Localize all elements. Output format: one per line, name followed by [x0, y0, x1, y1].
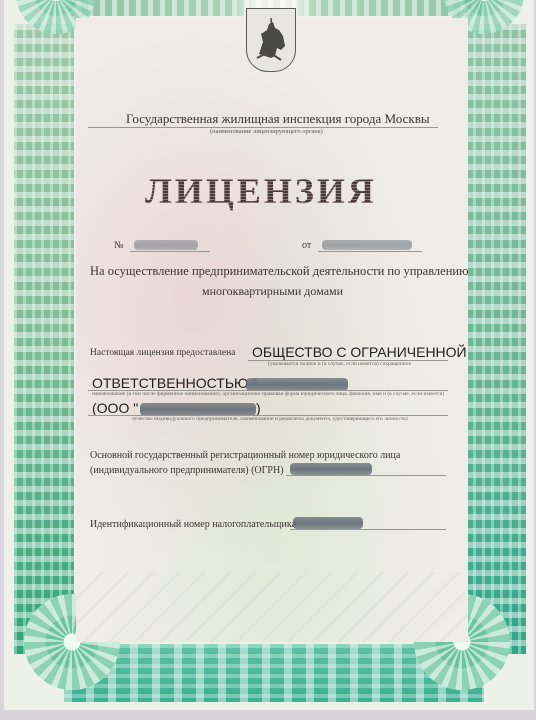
grantee-label: Настоящая лицензия предоставлена — [90, 348, 235, 358]
ogrn-label-line2: (индивидуального предпринимателя) (ОГРН) — [90, 465, 284, 476]
grantee-short-name-close: ) — [256, 400, 261, 416]
license-number-redacted — [134, 240, 198, 250]
license-number-label: № — [114, 240, 124, 251]
license-purpose-line1: На осуществление предпринимательской дея… — [90, 264, 468, 279]
inn-value-redacted — [293, 517, 363, 529]
grantee-note-1: (указывается полное и (в случае, если им… — [268, 361, 411, 367]
grantee-note-3: отчество индивидуального предпринимателя… — [132, 416, 408, 422]
ogrn-label-line1: Основной государственный регистрационный… — [90, 450, 400, 461]
guilloche-border-left — [14, 24, 74, 654]
inn-label: Идентификационный номер налогоплательщик… — [90, 519, 296, 530]
inn-underline — [290, 529, 446, 530]
issuing-authority-note: (наименование лицензирующего органа) — [210, 128, 323, 135]
grantee-name-line2: ОТВЕТСТВЕННОСТЬЮ " — [92, 375, 257, 391]
grantee-name-line1: ОБЩЕСТВО С ОГРАНИЧЕННОЙ — [252, 344, 467, 360]
license-date-redacted — [322, 240, 412, 250]
document-title: ЛИЦЕНЗИЯ — [145, 170, 377, 212]
license-number-underline — [130, 251, 210, 252]
license-date-underline — [318, 251, 422, 252]
license-date-label: от — [302, 240, 311, 251]
grantee-note-2: наименование (в том числе фирменное наим… — [92, 391, 444, 397]
ogrn-value-redacted — [290, 463, 372, 475]
moscow-coat-of-arms-icon — [246, 8, 296, 72]
ogrn-underline — [286, 475, 446, 476]
grantee-short-name-open: (ООО " — [92, 400, 138, 416]
license-purpose-line2: многоквартирными домами — [202, 284, 343, 299]
issuing-authority: Государственная жилищная инспекция город… — [126, 111, 430, 127]
guilloche-border-right — [464, 24, 526, 654]
